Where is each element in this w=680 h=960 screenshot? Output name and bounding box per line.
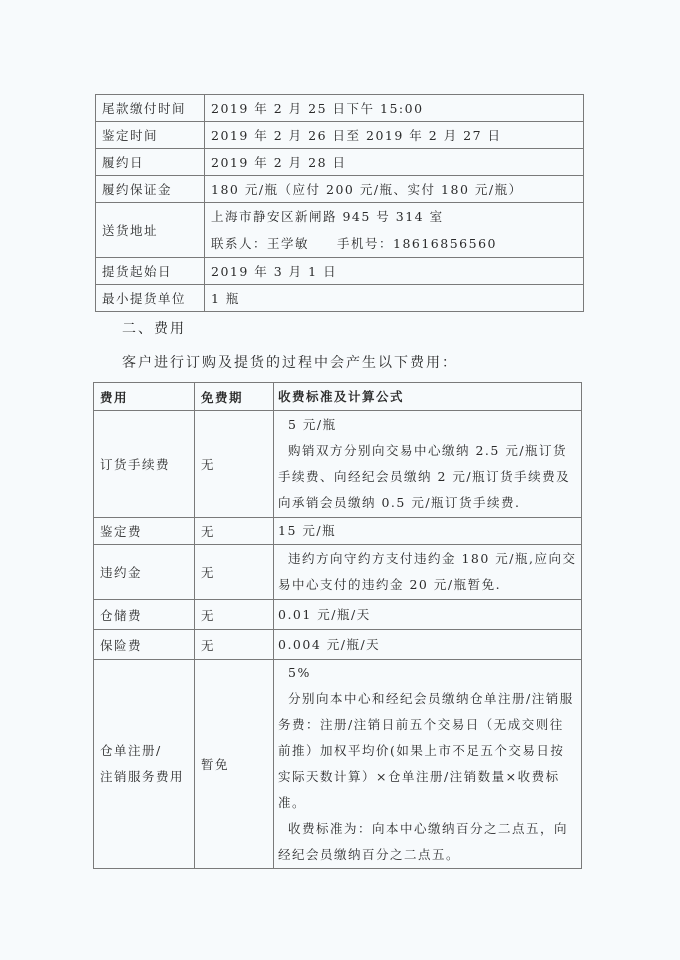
fee-name: 订货手续费	[94, 411, 195, 518]
fee-standard: 0.004 元/瓶/天	[274, 630, 582, 660]
table-row: 订货手续费 无 5 元/瓶 购销双方分别向交易中心缴纳 2.5 元/瓶订货手续费…	[94, 411, 582, 518]
fee-standard: 0.01 元/瓶/天	[274, 600, 582, 630]
row-value: 1 瓶	[205, 285, 584, 312]
fee-name: 仓储费	[94, 600, 195, 630]
table-row: 鉴定时间 2019 年 2 月 26 日至 2019 年 2 月 27 日	[96, 122, 584, 149]
row-value: 180 元/瓶（应付 200 元/瓶、实付 180 元/瓶）	[205, 176, 584, 203]
row-value: 上海市静安区新闸路 945 号 314 室 联系人：王学敏 手机号：186168…	[205, 203, 584, 258]
standard-line: 5%	[278, 660, 577, 686]
section-intro: 客户进行订购及提货的过程中会产生以下费用：	[122, 352, 458, 372]
row-value: 2019 年 2 月 25 日下午 15:00	[205, 95, 584, 122]
row-value: 2019 年 3 月 1 日	[205, 258, 584, 285]
row-value: 2019 年 2 月 26 日至 2019 年 2 月 27 日	[205, 122, 584, 149]
fee-name: 仓单注册/ 注销服务费用	[94, 660, 195, 869]
standard-line: 分别向本中心和经纪会员缴纳仓单注册/注销服务费：注册/注销日前五个交易日（无成交…	[278, 686, 577, 816]
table-row: 尾款缴付时间 2019 年 2 月 25 日下午 15:00	[96, 95, 584, 122]
header-standard: 收费标准及计算公式	[274, 383, 582, 411]
free-period: 暂免	[195, 660, 274, 869]
standard-line: 收费标准为：向本中心缴纳百分之二点五，向经纪会员缴纳百分之二点五。	[278, 816, 577, 868]
free-period: 无	[195, 545, 274, 600]
standard-line: 违约方向守约方支付违约金 180 元/瓶,应向交易中心支付的违约金 20 元/瓶…	[278, 546, 577, 598]
address-line: 上海市静安区新闸路 945 号 314 室	[211, 203, 577, 230]
row-value: 2019 年 2 月 28 日	[205, 149, 584, 176]
table-row: 保险费 无 0.004 元/瓶/天	[94, 630, 582, 660]
table-row: 仓储费 无 0.01 元/瓶/天	[94, 600, 582, 630]
fee-standard: 5% 分别向本中心和经纪会员缴纳仓单注册/注销服务费：注册/注销日前五个交易日（…	[274, 660, 582, 869]
row-label: 履约保证金	[96, 176, 205, 203]
contact-line: 联系人：王学敏 手机号：18616856560	[211, 230, 577, 257]
row-label: 送货地址	[96, 203, 205, 258]
fee-standard: 5 元/瓶 购销双方分别向交易中心缴纳 2.5 元/瓶订货手续费、向经纪会员缴纳…	[274, 411, 582, 518]
fee-standard: 15 元/瓶	[274, 518, 582, 545]
fees-table: 费用 免费期 收费标准及计算公式 订货手续费 无 5 元/瓶 购销双方分别向交易…	[93, 382, 582, 869]
table-row: 鉴定费 无 15 元/瓶	[94, 518, 582, 545]
table-header-row: 费用 免费期 收费标准及计算公式	[94, 383, 582, 411]
section-heading: 二、费用	[122, 318, 186, 338]
fee-name: 保险费	[94, 630, 195, 660]
free-period: 无	[195, 600, 274, 630]
table-row: 仓单注册/ 注销服务费用 暂免 5% 分别向本中心和经纪会员缴纳仓单注册/注销服…	[94, 660, 582, 869]
table-row: 履约日 2019 年 2 月 28 日	[96, 149, 584, 176]
header-fee: 费用	[94, 383, 195, 411]
header-free-period: 免费期	[195, 383, 274, 411]
free-period: 无	[195, 630, 274, 660]
table-row: 最小提货单位 1 瓶	[96, 285, 584, 312]
row-label: 鉴定时间	[96, 122, 205, 149]
fee-name-line: 注销服务费用	[100, 764, 188, 790]
table-row: 送货地址 上海市静安区新闸路 945 号 314 室 联系人：王学敏 手机号：1…	[96, 203, 584, 258]
fee-name-line: 仓单注册/	[100, 738, 188, 764]
delivery-info-table: 尾款缴付时间 2019 年 2 月 25 日下午 15:00 鉴定时间 2019…	[95, 94, 584, 312]
row-label: 尾款缴付时间	[96, 95, 205, 122]
standard-line: 5 元/瓶	[278, 412, 577, 438]
table-row: 违约金 无 违约方向守约方支付违约金 180 元/瓶,应向交易中心支付的违约金 …	[94, 545, 582, 600]
table-row: 提货起始日 2019 年 3 月 1 日	[96, 258, 584, 285]
row-label: 最小提货单位	[96, 285, 205, 312]
free-period: 无	[195, 411, 274, 518]
free-period: 无	[195, 518, 274, 545]
fee-standard: 违约方向守约方支付违约金 180 元/瓶,应向交易中心支付的违约金 20 元/瓶…	[274, 545, 582, 600]
table-row: 履约保证金 180 元/瓶（应付 200 元/瓶、实付 180 元/瓶）	[96, 176, 584, 203]
row-label: 履约日	[96, 149, 205, 176]
row-label: 提货起始日	[96, 258, 205, 285]
fee-name: 违约金	[94, 545, 195, 600]
fee-name: 鉴定费	[94, 518, 195, 545]
standard-line: 购销双方分别向交易中心缴纳 2.5 元/瓶订货手续费、向经纪会员缴纳 2 元/瓶…	[278, 438, 577, 516]
